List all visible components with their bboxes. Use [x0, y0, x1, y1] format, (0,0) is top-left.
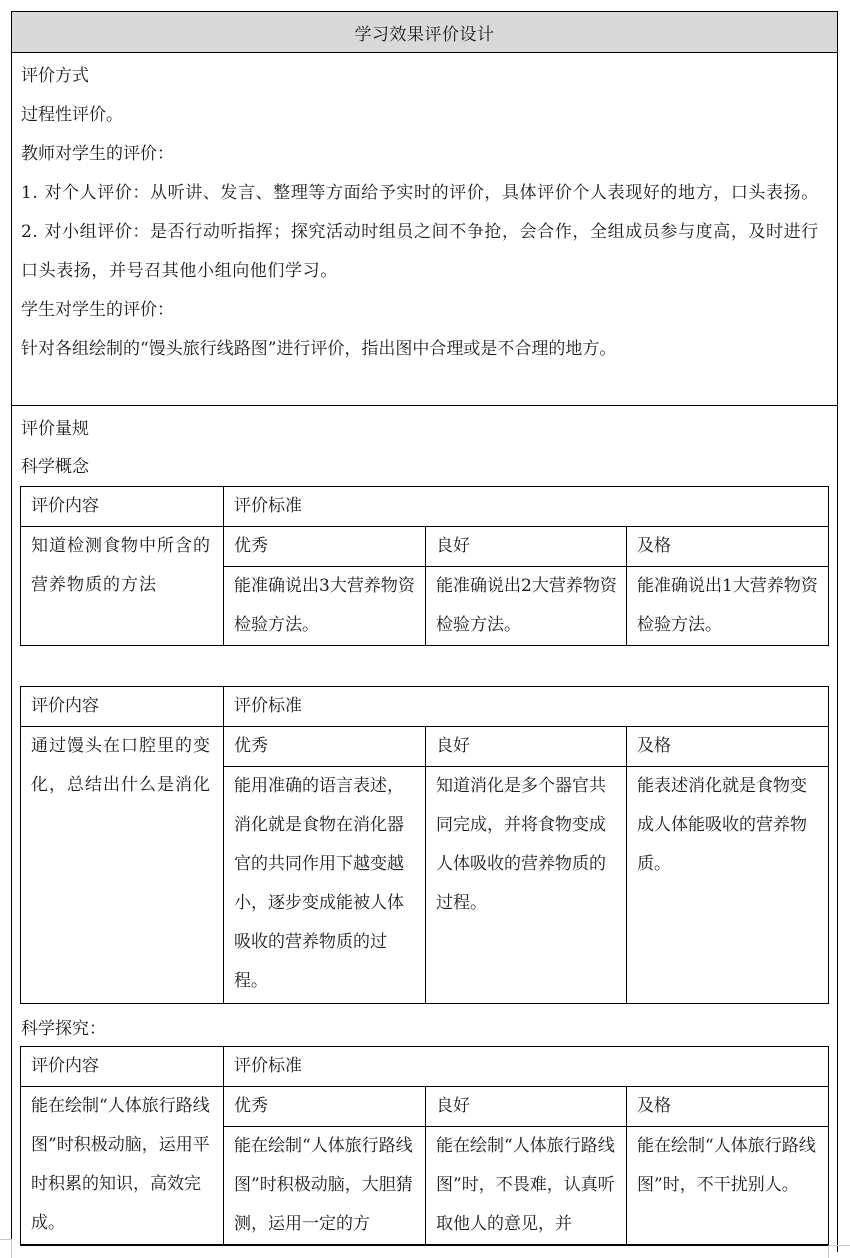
level-good: 良好 — [426, 1087, 627, 1127]
criteria-good: 知道消化是多个器官共同完成，并将食物变成人体吸收的营养物质的过程。 — [426, 767, 627, 1004]
level-excellent: 优秀 — [224, 1087, 426, 1127]
level-good: 良好 — [426, 527, 627, 567]
science-inquiry-heading: 科学探究： — [12, 1004, 837, 1046]
col-header-content: 评价内容 — [21, 687, 224, 727]
level-excellent: 优秀 — [224, 727, 426, 767]
table-title: 学习效果评价设计 — [12, 12, 837, 53]
level-excellent: 优秀 — [224, 527, 426, 567]
student-evaluation-heading: 学生对学生的评价： — [21, 291, 837, 330]
page-corner-mark-left — [0, 1239, 12, 1258]
evaluation-method-section: 评价方式 过程性评价。 教师对学生的评价： 1. 对个人评价：从听讲、发言、整理… — [12, 53, 837, 406]
criteria-excellent: 能用准确的语言表述，消化就是食物在消化器官的共同作用下越变越小，逐步变成能被人体… — [224, 767, 426, 1004]
rubric-table-concept-2: 评价内容 评价标准 通过馒头在口腔里的变化，总结出什么是消化 优秀 良好 及格 … — [20, 686, 829, 1004]
evaluation-method-heading: 评价方式 — [21, 57, 837, 96]
level-good: 良好 — [426, 727, 627, 767]
evaluation-content: 能在绘制“人体旅行路线图”时积极动脑，运用平时积累的知识，高效完成。 — [21, 1087, 224, 1246]
col-header-standard: 评价标准 — [224, 1047, 829, 1087]
col-header-standard: 评价标准 — [224, 687, 829, 727]
rubric-table-inquiry: 评价内容 评价标准 能在绘制“人体旅行路线图”时积极动脑，运用平时积累的知识，高… — [20, 1046, 829, 1246]
spacer — [12, 646, 837, 686]
criteria-excellent: 能在绘制“人体旅行路线图”时积极动脑，大胆猜测，运用一定的方 — [224, 1127, 426, 1246]
level-pass: 及格 — [627, 527, 829, 567]
science-concept-heading: 科学概念 — [12, 449, 837, 486]
col-header-content: 评价内容 — [21, 487, 224, 527]
rubric-section: 评价量规 科学概念 评价内容 评价标准 知道检测食物中所含的营养物质的方法 优秀… — [12, 406, 837, 1252]
page-corner-mark-right — [828, 1245, 850, 1258]
col-header-content: 评价内容 — [21, 1047, 224, 1087]
criteria-pass: 能在绘制“人体旅行路线图”时，不干扰别人。 — [627, 1127, 829, 1246]
evaluation-type: 过程性评价。 — [21, 96, 837, 135]
criteria-pass: 能准确说出1大营养物资检验方法。 — [627, 567, 829, 646]
evaluation-design-table: 学习效果评价设计 评价方式 过程性评价。 教师对学生的评价： 1. 对个人评价：… — [11, 11, 838, 1252]
teacher-item-group: 2. 对小组评价：是否行动听指挥；探究活动时组员之间不争抢，会合作，全组成员参与… — [21, 213, 837, 291]
evaluation-content: 通过馒头在口腔里的变化，总结出什么是消化 — [21, 727, 224, 1004]
teacher-item-individual: 1. 对个人评价：从听讲、发言、整理等方面给予实时的评价，具体评价个人表现好的地… — [21, 174, 837, 213]
rubric-heading: 评价量规 — [12, 410, 837, 449]
col-header-standard: 评价标准 — [224, 487, 829, 527]
student-evaluation-item: 针对各组绘制的“馒头旅行线路图”进行评价，指出图中合理或是不合理的地方。 — [21, 330, 837, 369]
evaluation-content: 知道检测食物中所含的营养物质的方法 — [21, 527, 224, 646]
criteria-pass: 能表述消化就是食物变成人体能吸收的营养物质。 — [627, 767, 829, 1004]
level-pass: 及格 — [627, 1087, 829, 1127]
criteria-excellent: 能准确说出3大营养物资检验方法。 — [224, 567, 426, 646]
level-pass: 及格 — [627, 727, 829, 767]
criteria-good: 能在绘制“人体旅行路线图”时，不畏难，认真听取他人的意见，并 — [426, 1127, 627, 1246]
teacher-evaluation-heading: 教师对学生的评价： — [21, 135, 837, 174]
criteria-good: 能准确说出2大营养物资检验方法。 — [426, 567, 627, 646]
rubric-table-concept-1: 评价内容 评价标准 知道检测食物中所含的营养物质的方法 优秀 良好 及格 能准确… — [20, 486, 829, 646]
